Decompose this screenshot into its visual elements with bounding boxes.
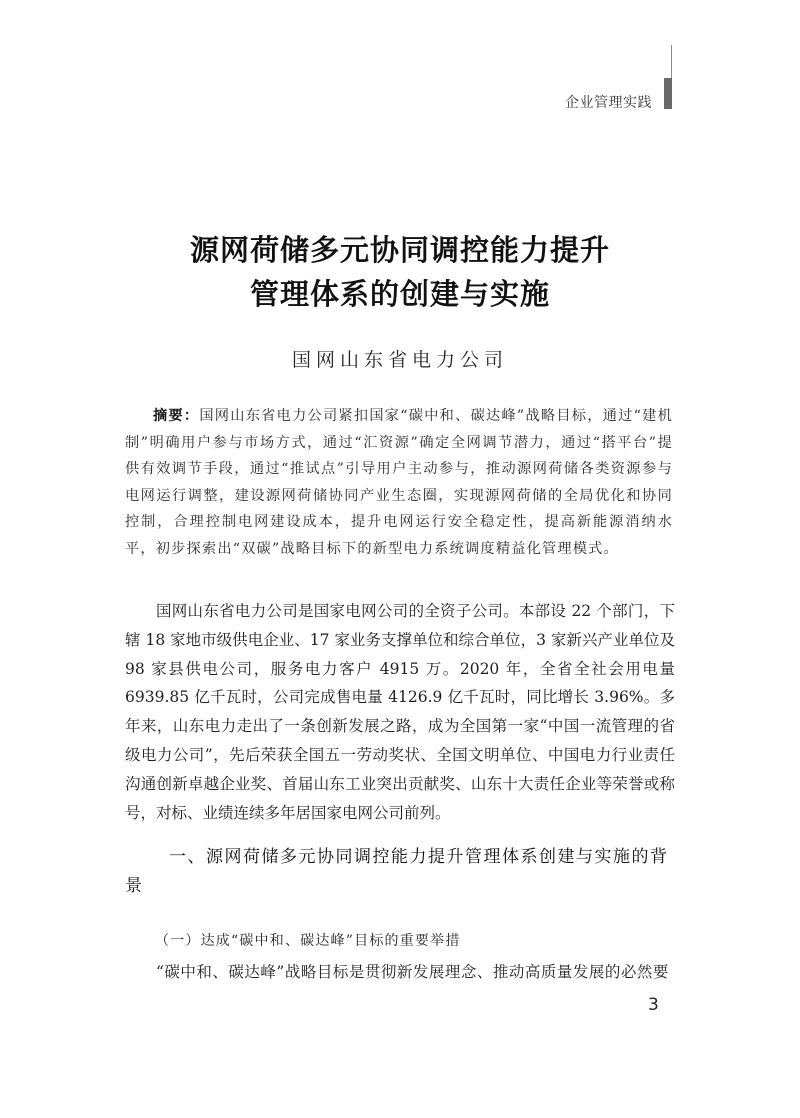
abstract-text: 国网山东省电力公司紧扣国家“碳中和、碳达峰”战略目标，通过“建机制”明确用户参与… (125, 408, 673, 557)
title-line-1: 源网荷储多元协同调控能力提升 (0, 228, 800, 272)
section-label: 企业管理实践 (565, 92, 652, 112)
subsection-paragraph: “碳中和、碳达峰”战略目标是贯彻新发展理念、推动高质量发展的必然要 (125, 958, 675, 987)
abstract: 摘要：国网山东省电力公司紧扣国家“碳中和、碳达峰”战略目标，通过“建机制”明确用… (125, 403, 673, 562)
section-heading-text: 一、源网荷储多元协同调控能力提升管理体系创建与实施的背景 (125, 847, 669, 896)
abstract-label: 摘要： (153, 408, 199, 424)
page-number: 3 (648, 995, 659, 1015)
article-title: 源网荷储多元协同调控能力提升 管理体系的创建与实施 (0, 228, 800, 316)
section-heading-1: 一、源网荷储多元协同调控能力提升管理体系创建与实施的背景 (125, 843, 675, 901)
subsection-text: “碳中和、碳达峰”战略目标是贯彻新发展理念、推动高质量发展的必然要 (156, 963, 669, 981)
title-line-2: 管理体系的创建与实施 (0, 272, 800, 316)
intro-text: 国网山东省电力公司是国家电网公司的全资子公司。本部设 22 个部门，下辖 18 … (125, 602, 675, 822)
article-author: 国网山东省电力公司 (0, 345, 800, 372)
subsection-heading-1: （一）达成“碳中和、碳达峰”目标的重要举措 (155, 930, 461, 950)
intro-paragraph: 国网山东省电力公司是国家电网公司的全资子公司。本部设 22 个部门，下辖 18 … (125, 597, 675, 827)
header-marker-bar (664, 78, 672, 109)
